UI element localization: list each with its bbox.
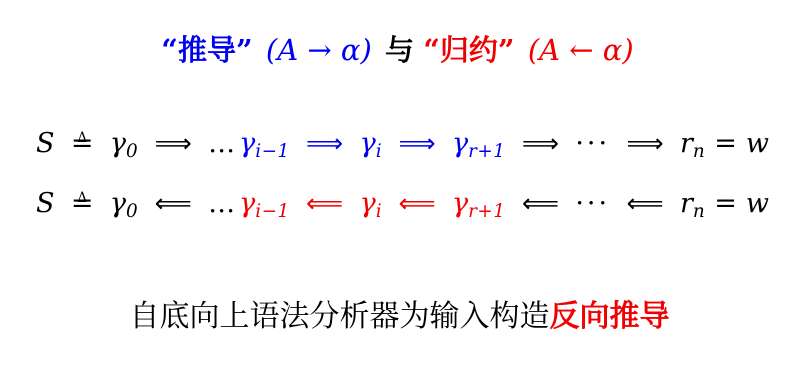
reduction-line: S Δ= γ0 ⟸ …γi−1 ⟸ γi ⟸ γr+1 ⟸ ··· ⟸ rn=w — [36, 188, 769, 222]
caption-highlight: 反向推导 — [550, 299, 670, 334]
long-double-arrow-right: ⟹ — [306, 129, 343, 159]
triangleq-delta: Δ — [77, 192, 87, 206]
caption: 自底向上语法分析器为输入构造反向推导 — [0, 291, 799, 335]
center-dots: ··· — [575, 188, 610, 219]
long-double-arrow-left: ⟸ — [398, 189, 435, 219]
triangleq-symbol: Δ= — [71, 188, 94, 219]
long-double-arrow-right: ⟹ — [626, 129, 663, 159]
reduction-term: “归约” — [423, 33, 514, 67]
slide: “推导” (A → α) 与 “归约” (A ← α) S Δ= γ0 ⟹ …γ… — [0, 0, 799, 366]
start-symbol: S — [36, 188, 55, 219]
gamma-r-plus-1: γr+1 — [452, 188, 505, 222]
dots-gamma-i-1: …γi−1 — [208, 188, 290, 222]
gamma-r-plus-1: γr+1 — [452, 128, 505, 162]
long-double-arrow-right: ⟹ — [155, 129, 192, 159]
derivation-line: S Δ= γ0 ⟹ …γi−1 ⟹ γi ⟹ γr+1 ⟹ ··· ⟹ rn=w — [36, 128, 769, 162]
gamma-i-1: γi−1 — [239, 128, 290, 159]
dots-gamma-i-1: …γi−1 — [208, 128, 290, 162]
center-dots: ··· — [575, 128, 610, 159]
long-double-arrow-left: ⟸ — [306, 189, 343, 219]
caption-prefix: 自底向上语法分析器为输入构造 — [130, 299, 550, 334]
equals-sign: = — [714, 128, 737, 159]
w-variable: w — [746, 128, 769, 159]
gamma-i: γi — [360, 188, 383, 222]
gamma-0: γ0 — [110, 128, 138, 162]
derivation-formula: (A → α) — [266, 33, 372, 67]
equals-sign: = — [714, 188, 737, 219]
gamma-0: γ0 — [110, 188, 138, 222]
reduction-formula: (A ← α) — [528, 33, 634, 67]
long-double-arrow-right: ⟹ — [522, 129, 559, 159]
ellipsis-dots: … — [208, 188, 237, 219]
ellipsis-dots: … — [208, 128, 237, 159]
rn-equals-w: rn=w — [680, 188, 769, 222]
rn-equals-w: rn=w — [680, 128, 769, 162]
triangleq-delta: Δ — [77, 132, 87, 146]
gamma-i: γi — [360, 128, 383, 162]
gamma-i-1: γi−1 — [239, 188, 290, 219]
derivation-term: “推导” — [161, 33, 252, 67]
w-variable: w — [746, 188, 769, 219]
slide-title: “推导” (A → α) 与 “归约” (A ← α) — [0, 28, 799, 69]
long-double-arrow-left: ⟸ — [626, 189, 663, 219]
long-double-arrow-right: ⟹ — [398, 129, 435, 159]
long-double-arrow-left: ⟸ — [155, 189, 192, 219]
start-symbol: S — [36, 128, 55, 159]
conjunction: 与 — [385, 33, 414, 67]
long-double-arrow-left: ⟸ — [522, 189, 559, 219]
triangleq-symbol: Δ= — [71, 128, 94, 159]
